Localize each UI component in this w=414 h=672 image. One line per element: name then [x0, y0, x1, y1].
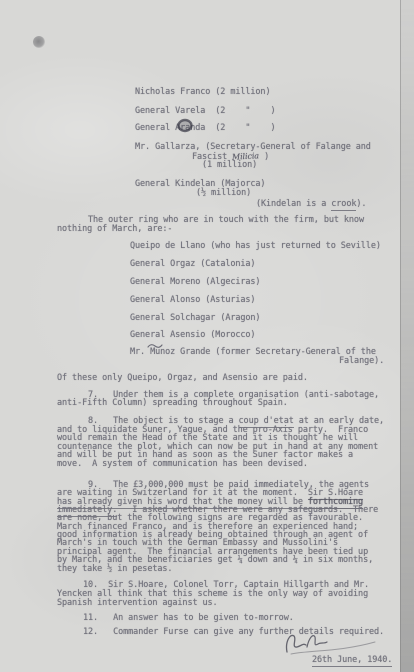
gallarza-close-paren: ) — [259, 152, 269, 162]
date-underlined: 26th June, 1940. — [312, 655, 392, 667]
page-edge-shadow — [400, 0, 414, 672]
para10-line3: Spanish intervention against us. — [57, 599, 218, 608]
line-kindelan-amount: (½ million) — [196, 189, 251, 198]
line-general-varela: General Varela (2 " ) — [135, 107, 276, 116]
kindelan-note-underlined: crook — [331, 199, 356, 211]
handwritten-tilde-annotation — [147, 342, 163, 350]
line-kindelan-note: (Kindelan is a crook). — [256, 200, 366, 209]
date-line: 26th June, 1940. — [312, 656, 392, 665]
line-nicholas-franco: Nicholas Franco (2 million) — [135, 88, 270, 97]
line-general-moreno: General Moreno (Algeciras) — [130, 278, 260, 287]
handwritten-circle-annotation — [176, 118, 194, 133]
line-only-paid-note: Of these only Queipo, Orgaz, and Asensio… — [57, 374, 308, 383]
line-queipo-de-llano: Queipo de Llano (who has just returned t… — [130, 242, 381, 251]
para9-line11: they take ½ in pesetas. — [57, 565, 172, 574]
line-general-alonso: General Alonso (Asturias) — [130, 296, 255, 305]
signature-scribble — [281, 630, 381, 658]
para11-line: 11. An answer has to be given to-morrow. — [83, 614, 294, 623]
kindelan-note-end: ). — [356, 199, 366, 209]
line-munoz-grande-2: Falange). — [339, 357, 384, 366]
scanned-document-page: Nicholas Franco (2 million) General Vare… — [0, 0, 414, 672]
para8-line6: move. A system of communication has been… — [57, 460, 308, 469]
kindelan-note-text: (Kindelan is a — [256, 199, 331, 209]
line-general-solchaga: General Solchagar (Aragon) — [130, 314, 260, 323]
line-general-asensio: General Asensio (Morocco) — [130, 331, 255, 340]
hole-punch-mark — [33, 36, 45, 48]
line-general-orgaz: General Orgaz (Catalonia) — [130, 260, 255, 269]
para7-line2: anti-Fifth Column) spreading throughout … — [57, 399, 288, 408]
line-general-aranda: General Aranda (2 " ) — [135, 124, 276, 133]
line-gallarza-amount: (1 million) — [202, 161, 257, 170]
line-outer-ring-intro-2: nothing of March, are:- — [57, 225, 172, 234]
